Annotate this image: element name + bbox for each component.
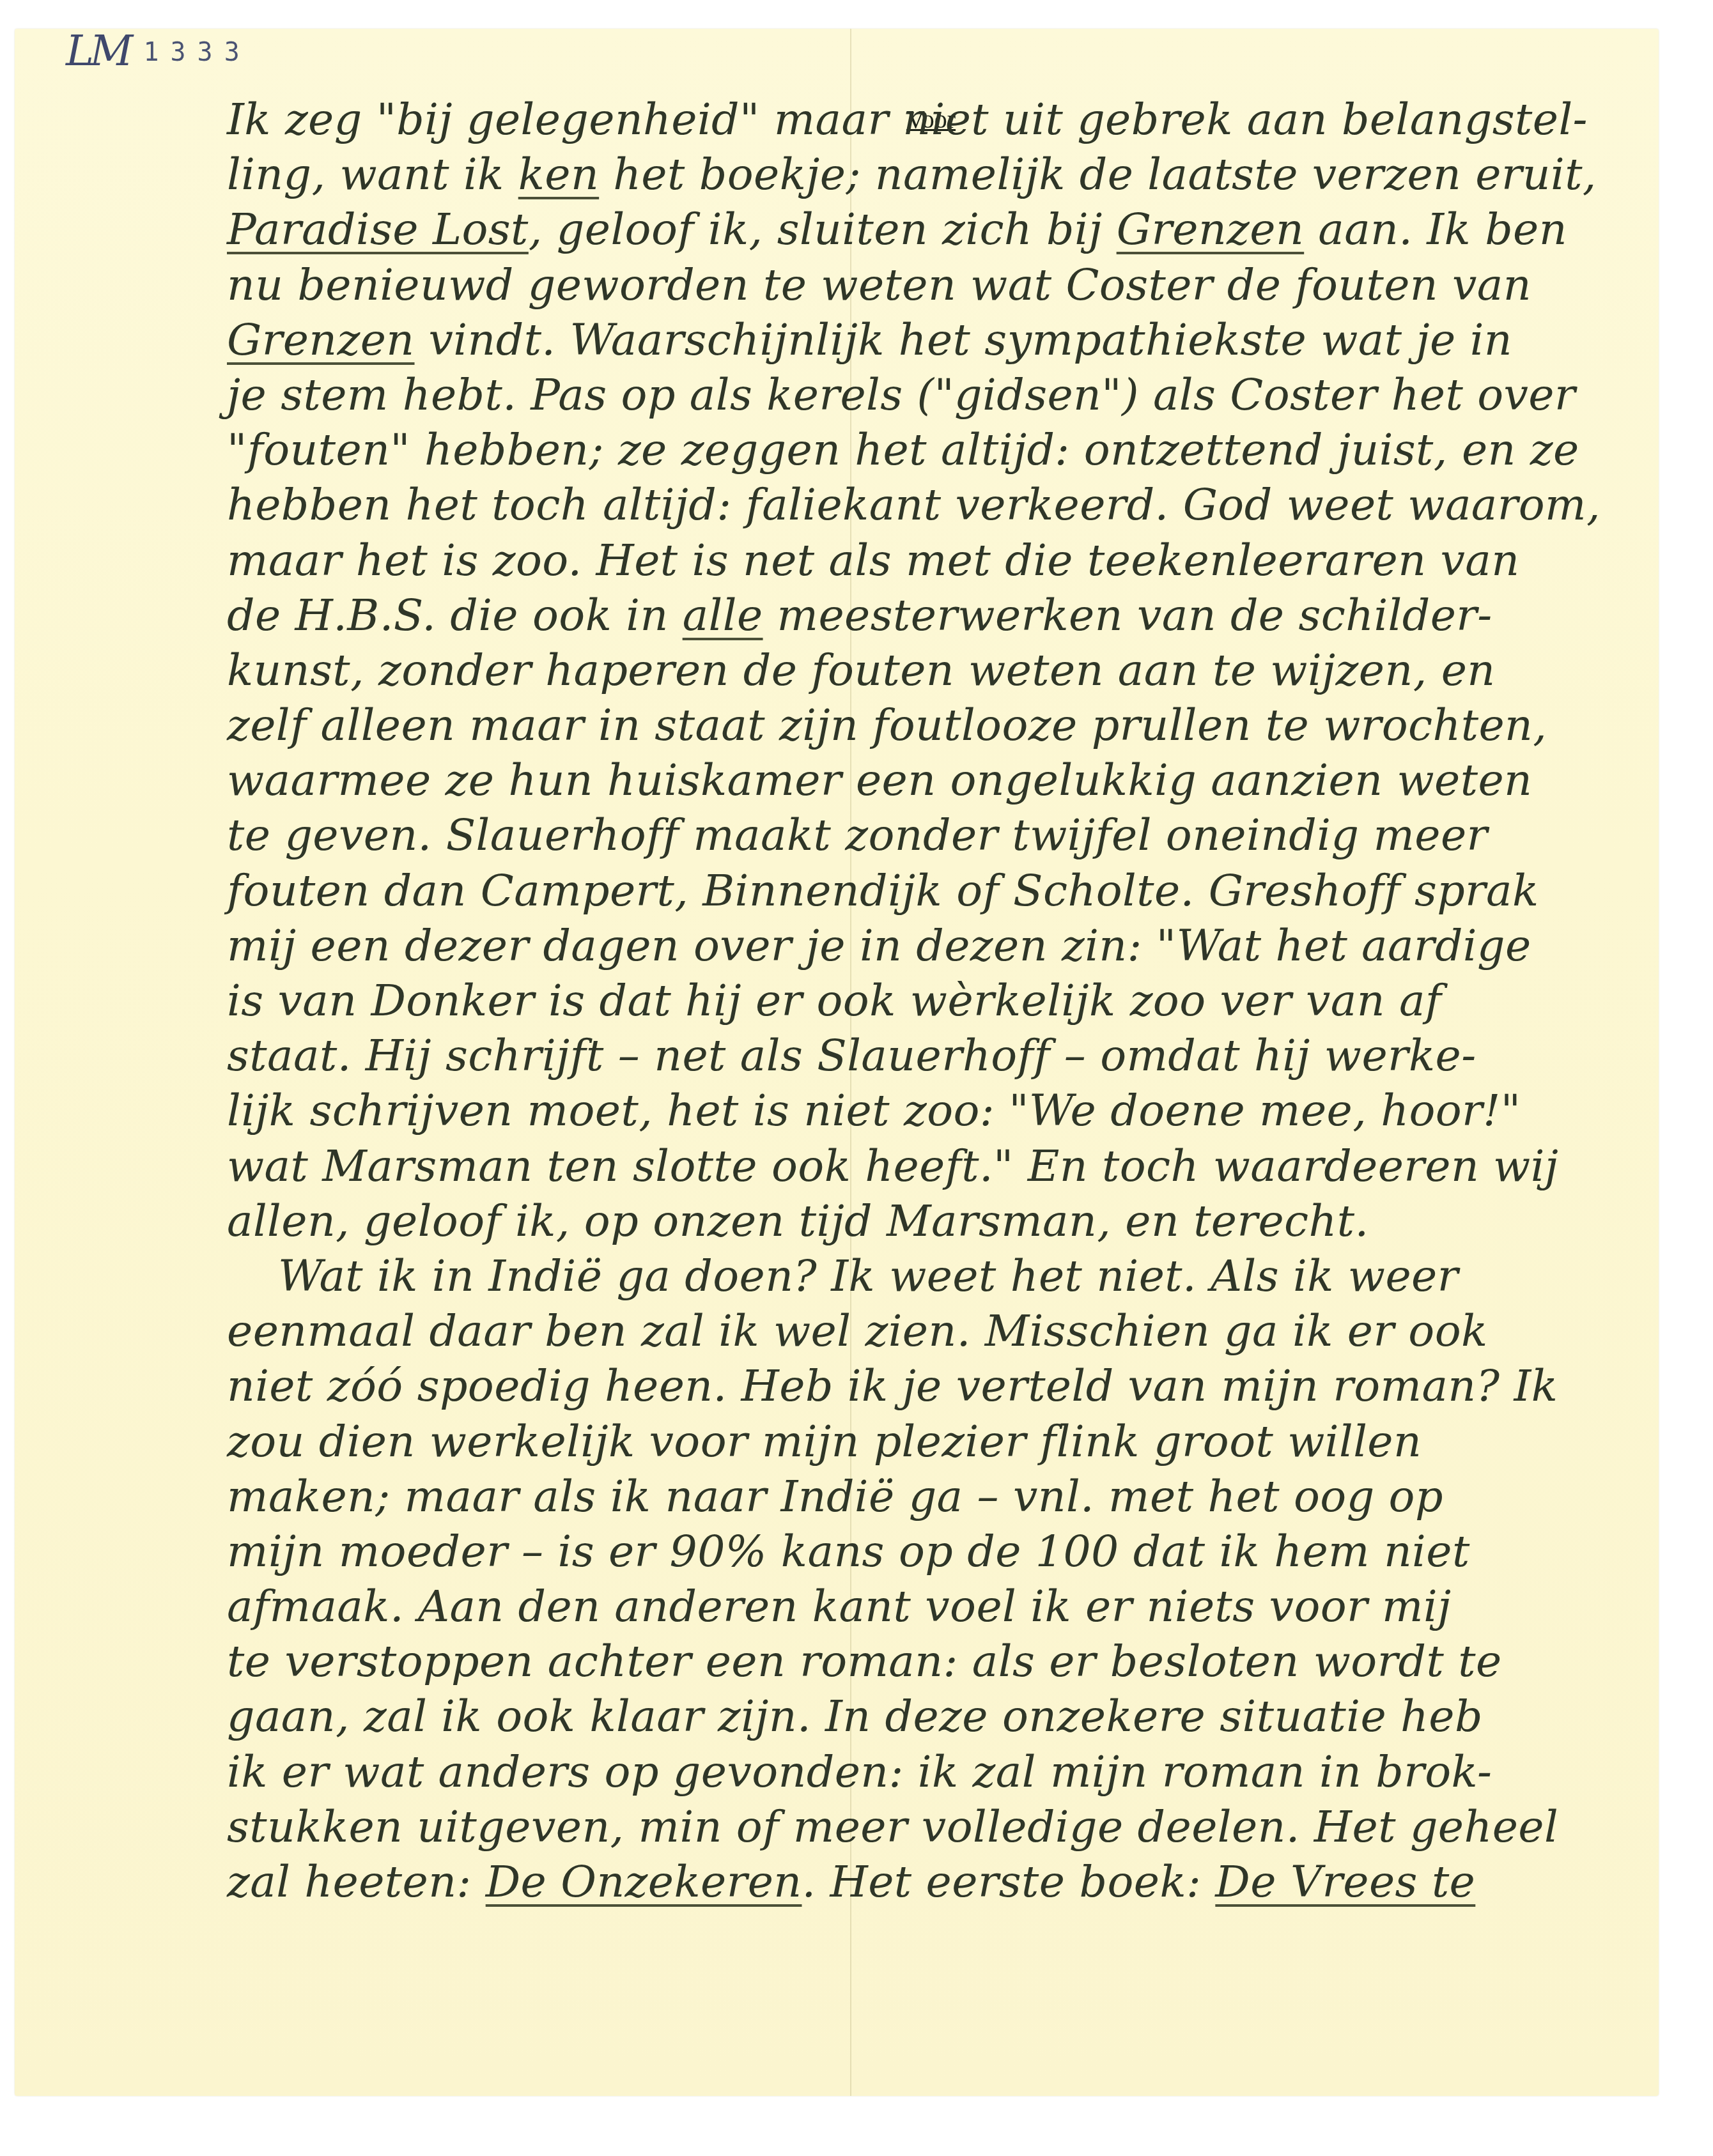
- text-line: is van Donker is dat hij er ook wèrkelij…: [227, 974, 1627, 1029]
- text-line: allen, geloof ik, op onzen tijd Marsman,…: [227, 1194, 1627, 1249]
- text-line: zou dien werkelijk voor mijn plezier fli…: [227, 1415, 1627, 1470]
- text-line: maken; maar als ik naar Indië ga – vnl. …: [227, 1470, 1627, 1525]
- text-line: ling, want ik ken het boekje; namelijk d…: [227, 148, 1627, 203]
- letter-text: Ik zeg "bij gelegenheid" maar niet uit g…: [227, 93, 1627, 1910]
- text-line: fouten dan Campert, Binnendijk of Scholt…: [227, 864, 1627, 919]
- letter-page: LM 1333 Voor Ik zeg "bij gelegenheid" ma…: [15, 29, 1659, 2096]
- archive-stamp: LM 1333: [66, 30, 251, 72]
- text-line: Grenzen vindt. Waarschijnlijk het sympat…: [227, 313, 1627, 368]
- underlined-title: De Onzekeren: [486, 1857, 802, 1907]
- underlined-title: Grenzen: [227, 315, 415, 366]
- underlined-title: Paradise Lost: [227, 204, 529, 255]
- text-line: mij een dezer dagen over je in dezen zin…: [227, 919, 1627, 974]
- stamp-number: 1333: [143, 38, 251, 67]
- text-line: stukken uitgeven, min of meer volledige …: [227, 1800, 1627, 1855]
- text-line: te verstoppen achter een roman: als er b…: [227, 1635, 1627, 1690]
- text-line: Ik zeg "bij gelegenheid" maar niet uit g…: [227, 93, 1627, 148]
- text-line: gaan, zal ik ook klaar zijn. In deze onz…: [227, 1690, 1627, 1744]
- text-line: wat Marsman ten slotte ook heeft." En to…: [227, 1139, 1627, 1194]
- text-line: "fouten" hebben; ze zeggen het altijd: o…: [227, 423, 1627, 478]
- text-line: lijk schrijven moet, het is niet zoo: "W…: [227, 1084, 1627, 1139]
- text-line: de H.B.S. die ook in alle meesterwerken …: [227, 589, 1627, 643]
- paragraph-start-line: Wat ik in Indië ga doen? Ik weet het nie…: [227, 1249, 1627, 1304]
- text-line: hebben het toch altijd: faliekant verkee…: [227, 478, 1627, 533]
- text-line: te geven. Slauerhoff maakt zonder twijfe…: [227, 808, 1627, 863]
- text-line: zal heeten: De Onzekeren. Het eerste boe…: [227, 1855, 1627, 1910]
- text-line: nu benieuwd geworden te weten wat Coster…: [227, 258, 1627, 313]
- underlined-word: ken: [518, 150, 599, 200]
- text-line: je stem hebt. Pas op als kerels ("gidsen…: [227, 368, 1627, 423]
- underlined-title: De Vrees te: [1215, 1857, 1475, 1907]
- text-line: waarmee ze hun huiskamer een ongelukkig …: [227, 753, 1627, 808]
- underlined-word: alle: [683, 590, 763, 641]
- text-line: mijn moeder – is er 90% kans op de 100 d…: [227, 1525, 1627, 1580]
- text-line: Paradise Lost, geloof ik, sluiten zich b…: [227, 203, 1627, 258]
- text-line: zelf alleen maar in staat zijn foutlooze…: [227, 698, 1627, 753]
- text-line: ik er wat anders op gevonden: ik zal mij…: [227, 1745, 1627, 1800]
- text-line: eenmaal daar ben zal ik wel zien. Missch…: [227, 1304, 1627, 1359]
- text-line: niet zóó spoedig heen. Heb ik je verteld…: [227, 1359, 1627, 1414]
- text-line: staat. Hij schrijft – net als Slauerhoff…: [227, 1029, 1627, 1084]
- underlined-title: Grenzen: [1117, 204, 1305, 255]
- text-line: maar het is zoo. Het is net als met die …: [227, 534, 1627, 589]
- stamp-monogram: LM: [66, 30, 129, 72]
- text-line: kunst, zonder haperen de fouten weten aa…: [227, 643, 1627, 698]
- text-line: afmaak. Aan den anderen kant voel ik er …: [227, 1580, 1627, 1635]
